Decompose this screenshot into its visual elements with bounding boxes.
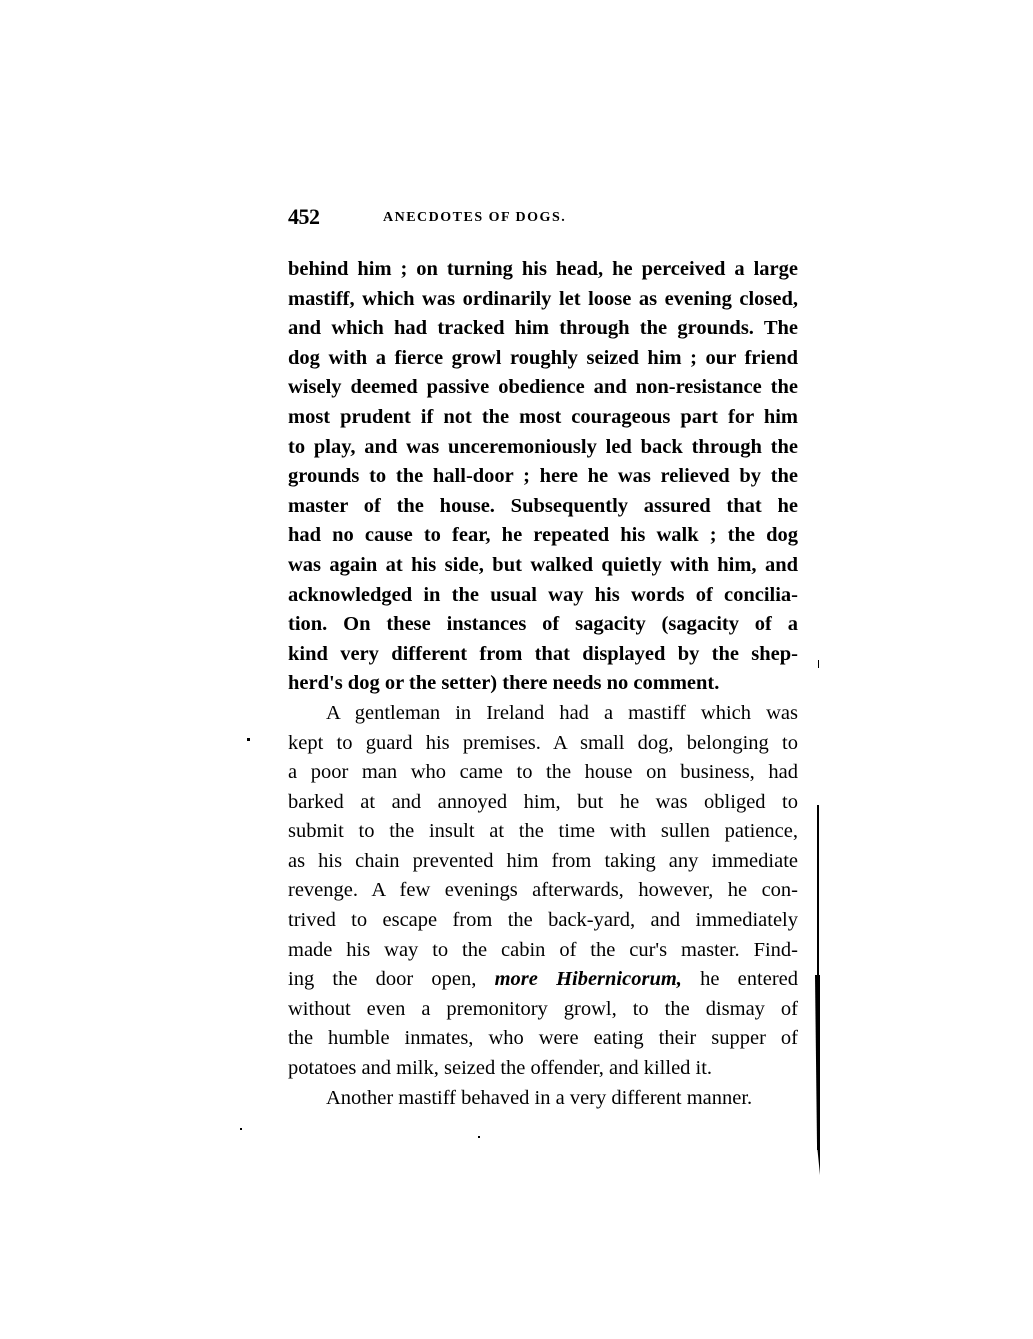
text-line: the humble inmates, who were eating thei… (288, 1024, 798, 1054)
text-line: dog with a fierce growl roughly seized h… (288, 344, 798, 374)
text-line: behind him ; on turning his head, he per… (288, 255, 798, 285)
text-line: without even a premonitory growl, to the… (288, 995, 798, 1025)
text-line: kind very different from that displayed … (288, 640, 798, 670)
book-page: 452 ANECDOTES OF DOGS. behind him ; on t… (0, 0, 1033, 1339)
text-line: and which had tracked him through the gr… (288, 314, 798, 344)
text-line: acknowledged in the usual way his words … (288, 581, 798, 611)
text-line: tion. On these instances of sagacity (sa… (288, 610, 798, 640)
text-fragment: he entered (682, 968, 798, 990)
page-edge-shadow-thick (815, 975, 820, 1175)
scan-speck (247, 738, 250, 741)
text-line: barked at and annoyed him, but he was ob… (288, 788, 798, 818)
text-line: most prudent if not the most courageous … (288, 403, 798, 433)
text-line: mastiff, which was ordinarily let loose … (288, 285, 798, 315)
italic-phrase: more Hibernicorum, (495, 968, 682, 990)
page-number: 452 (288, 204, 320, 230)
text-line: to play, and was unceremoniously led bac… (288, 433, 798, 463)
text-line: as his chain prevented him from taking a… (288, 847, 798, 877)
paragraph-start-line: Another mastiff behaved in a very differ… (288, 1084, 798, 1114)
text-line: revenge. A few evenings afterwards, howe… (288, 876, 798, 906)
body-text: behind him ; on turning his head, he per… (288, 255, 798, 1113)
text-fragment: ing the door open, (288, 968, 495, 990)
text-line: had no cause to fear, he repeated his wa… (288, 521, 798, 551)
text-line-with-italic: ing the door open, more Hibernicorum, he… (288, 965, 798, 995)
page-edge-tick (818, 660, 819, 668)
text-line: trived to escape from the back-yard, and… (288, 906, 798, 936)
page-header: 452 ANECDOTES OF DOGS. (288, 204, 798, 234)
text-line: kept to guard his premises. A small dog,… (288, 729, 798, 759)
paragraph-end-line: herd's dog or the setter) there needs no… (288, 669, 798, 699)
text-line: wisely deemed passive obedience and non-… (288, 373, 798, 403)
scan-speck (240, 1128, 242, 1130)
text-line: made his way to the cabin of the cur's m… (288, 936, 798, 966)
text-line: grounds to the hall-door ; here he was r… (288, 462, 798, 492)
scan-speck (478, 1136, 480, 1138)
text-line: a poor man who came to the house on busi… (288, 758, 798, 788)
paragraph-end-line: potatoes and milk, seized the offender, … (288, 1054, 798, 1084)
text-line: master of the house. Subsequently assure… (288, 492, 798, 522)
paragraph-start-line: A gentleman in Ireland had a mastiff whi… (288, 699, 798, 729)
running-title: ANECDOTES OF DOGS. (383, 210, 566, 226)
text-line: was again at his side, but walked quietl… (288, 551, 798, 581)
text-line: submit to the insult at the time with su… (288, 817, 798, 847)
